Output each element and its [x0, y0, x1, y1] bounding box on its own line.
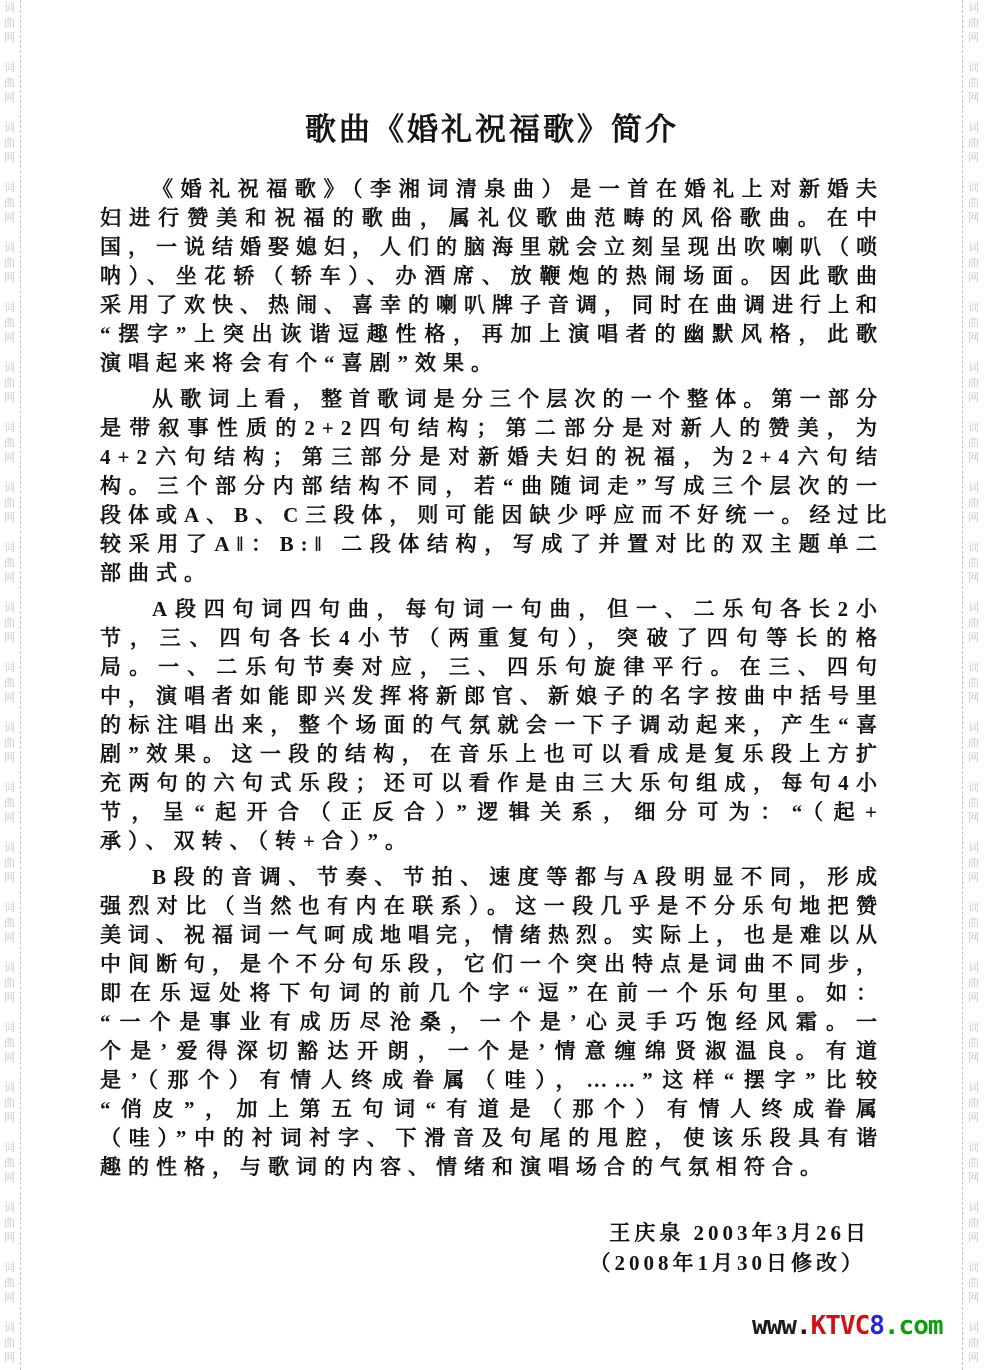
watermark-group: 词曲网 — [2, 1202, 17, 1247]
watermark-char: 曲 — [2, 737, 17, 752]
watermark-group: 词曲网 — [2, 2, 17, 47]
watermark-char: 词 — [966, 2, 981, 17]
watermark-char: 词 — [966, 1202, 981, 1217]
watermark-char: 曲 — [966, 917, 981, 932]
watermark-char: 网 — [966, 32, 981, 47]
text-line: 局。一、二乐句节奏对应，三、四乐句旋律平行。在三、四句 — [100, 653, 884, 682]
watermark-group: 词曲网 — [2, 482, 17, 527]
watermark-char: 词 — [2, 602, 17, 617]
text-line: 中，演唱者如能即兴发挥将新郎官、新娘子的名字按曲中括号里 — [100, 682, 884, 711]
watermark-group: 词曲网 — [966, 602, 981, 647]
watermark-char: 网 — [2, 1352, 17, 1367]
watermark-char: 曲 — [966, 497, 981, 512]
watermark-char: 网 — [2, 1052, 17, 1067]
text-line: 节，呈“起开合（正反合）”逻辑关系，细分可为：“（起+ — [100, 798, 884, 827]
watermark-char: 网 — [966, 1052, 981, 1067]
text-line: 个是’爱得深切豁达开朗，一个是’情意缠绵贤淑温良。有道 — [100, 1037, 884, 1066]
watermark-char: 曲 — [2, 1097, 17, 1112]
watermark-char: 曲 — [966, 77, 981, 92]
watermark-char: 网 — [966, 452, 981, 467]
watermark-char: 网 — [966, 932, 981, 947]
watermark-group: 词曲网 — [966, 842, 981, 887]
watermark-group: 词曲网 — [966, 1022, 981, 1067]
watermark-group: 词曲网 — [2, 1322, 17, 1367]
text-line: A段四句词四句曲，每句词一句曲，但一、二乐句各长2小 — [100, 595, 884, 624]
watermark-char: 网 — [966, 152, 981, 167]
text-line: 妇进行赞美和祝福的歌曲，属礼仪歌曲范畴的风俗歌曲。在中 — [100, 204, 884, 233]
watermark-char: 网 — [2, 1292, 17, 1307]
watermark-group: 词曲网 — [966, 422, 981, 467]
watermark-char: 曲 — [966, 377, 981, 392]
watermark-group: 词曲网 — [966, 722, 981, 767]
watermark-char: 网 — [2, 572, 17, 587]
watermark-char: 网 — [966, 632, 981, 647]
watermark-char: 词 — [2, 1022, 17, 1037]
watermark-char: 曲 — [966, 17, 981, 32]
watermark-char: 词 — [2, 2, 17, 17]
watermark-char: 词 — [966, 482, 981, 497]
text-line: 节，三、四句各长4小节（两重复句），突破了四句等长的格 — [100, 624, 884, 653]
watermark-group: 词曲网 — [2, 182, 17, 227]
page-title: 歌曲《婚礼祝福歌》简介 — [100, 104, 884, 149]
watermark-char: 词 — [2, 782, 17, 797]
watermark-group: 词曲网 — [2, 902, 17, 947]
text-line: 呐）、坐花轿（轿车）、办酒席、放鞭炮的热闹场面。因此歌曲 — [100, 262, 884, 291]
watermark-char: 曲 — [966, 437, 981, 452]
watermark-char: 网 — [2, 692, 17, 707]
watermark-char: 网 — [966, 392, 981, 407]
watermark-char: 曲 — [2, 977, 17, 992]
watermark-char: 词 — [2, 122, 17, 137]
watermark-char: 词 — [966, 1262, 981, 1277]
text-line: “俏皮”，加上第五句词“有道是（那个）有情人终成眷属 — [100, 1095, 884, 1124]
watermark-char: 网 — [2, 932, 17, 947]
watermark-char: 曲 — [2, 197, 17, 212]
watermark-char: 曲 — [2, 1337, 17, 1352]
watermark-char: 词 — [966, 62, 981, 77]
watermark-char: 词 — [966, 722, 981, 737]
paragraph: 从歌词上看，整首歌词是分三个层次的一个整体。第一部分是带叙事性质的2+2四句结构… — [100, 385, 884, 588]
watermark-group: 词曲网 — [966, 302, 981, 347]
watermark-char: 网 — [966, 1232, 981, 1247]
watermark-char: 词 — [966, 1322, 981, 1337]
watermark-char: 曲 — [966, 557, 981, 572]
text-line: 部曲式。 — [100, 559, 884, 588]
watermark-char: 曲 — [966, 617, 981, 632]
text-line: 构。三个部分内部结构不同，若“曲随词走”写成三个层次的一 — [100, 472, 884, 501]
watermark-char: 网 — [966, 572, 981, 587]
watermark-char: 词 — [2, 542, 17, 557]
watermark-group: 词曲网 — [2, 842, 17, 887]
watermark-char: 词 — [2, 1262, 17, 1277]
watermark-char: 词 — [2, 62, 17, 77]
watermark-group: 词曲网 — [966, 2, 981, 47]
watermark-char: 网 — [966, 332, 981, 347]
text-line: 的标注唱出来，整个场面的气氛就会一下子调动起来，产生“喜 — [100, 711, 884, 740]
watermark-char: 曲 — [966, 857, 981, 872]
text-line: 从歌词上看，整首歌词是分三个层次的一个整体。第一部分 — [100, 385, 884, 414]
text-line: 承）、双转、（转+合）”。 — [100, 827, 884, 856]
text-line: （哇）”中的衬词衬字、下滑音及句尾的甩腔，使该乐段具有谐 — [100, 1124, 884, 1153]
text-line: 是’（那个）有情人终成眷属（哇），……”这样“摆字”比较 — [100, 1066, 884, 1095]
text-line: 中间断句，是个不分句乐段，它们一个突出特点是词曲不同步， — [100, 950, 884, 979]
watermark-char: 词 — [966, 422, 981, 437]
watermark-group: 词曲网 — [966, 482, 981, 527]
watermark-char: 网 — [966, 512, 981, 527]
watermark-char: 网 — [2, 152, 17, 167]
watermark-char: 网 — [2, 332, 17, 347]
watermark-char: 网 — [966, 1352, 981, 1367]
watermark-group: 词曲网 — [966, 62, 981, 107]
watermark-char: 词 — [2, 362, 17, 377]
watermark-group: 词曲网 — [966, 362, 981, 407]
watermark-group: 词曲网 — [2, 1022, 17, 1067]
watermark-char: 曲 — [966, 977, 981, 992]
watermark-char: 网 — [2, 1112, 17, 1127]
watermark-char: 网 — [2, 632, 17, 647]
watermark-char: 网 — [966, 1172, 981, 1187]
watermark-group: 词曲网 — [2, 242, 17, 287]
watermark-char: 曲 — [966, 317, 981, 332]
watermark-char: 曲 — [2, 1217, 17, 1232]
watermark-char: 网 — [2, 212, 17, 227]
document: 歌曲《婚礼祝福歌》简介 《婚礼祝福歌》（李湘词清泉曲）是一首在婚礼上对新婚夫妇进… — [100, 104, 884, 1278]
watermark-group: 词曲网 — [966, 122, 981, 167]
watermark-group: 词曲网 — [2, 722, 17, 767]
watermark-char: 词 — [2, 1142, 17, 1157]
watermark-char: 曲 — [2, 377, 17, 392]
watermark-char: 网 — [966, 812, 981, 827]
watermark-group: 词曲网 — [966, 1202, 981, 1247]
logo-segment: 8 — [869, 1311, 884, 1341]
watermark-group: 词曲网 — [966, 662, 981, 707]
watermark-char: 词 — [2, 1082, 17, 1097]
signature-block: 王庆泉 2003年3月26日 （2008年1月30日修改） — [100, 1218, 884, 1278]
watermark-char: 曲 — [966, 197, 981, 212]
watermark-group: 词曲网 — [966, 902, 981, 947]
watermark-char: 网 — [2, 272, 17, 287]
watermark-group: 词曲网 — [2, 602, 17, 647]
watermark-char: 曲 — [966, 137, 981, 152]
left-dashed-divider — [20, 0, 21, 1370]
watermark-char: 词 — [2, 902, 17, 917]
watermark-char: 曲 — [2, 317, 17, 332]
text-line: 美词、祝福词一气呵成地唱完，情绪热烈。实际上，也是难以从 — [100, 921, 884, 950]
watermark-char: 网 — [966, 272, 981, 287]
watermark-char: 网 — [2, 872, 17, 887]
text-line: B段的音调、节奏、节拍、速度等都与A段明显不同，形成 — [100, 863, 884, 892]
watermark-group: 词曲网 — [966, 542, 981, 587]
watermark-char: 词 — [966, 362, 981, 377]
watermark-char: 词 — [2, 482, 17, 497]
watermark-char: 曲 — [2, 857, 17, 872]
watermark-char: 曲 — [966, 797, 981, 812]
watermark-char: 网 — [966, 872, 981, 887]
watermark-group: 词曲网 — [2, 122, 17, 167]
watermark-group: 词曲网 — [2, 662, 17, 707]
watermark-char: 网 — [966, 1292, 981, 1307]
watermark-char: 曲 — [966, 1217, 981, 1232]
text-line: 剧”效果。这一段的结构，在音乐上也可以看成是复乐段上方扩 — [100, 740, 884, 769]
text-line: 演唱起来将会有个“喜剧”效果。 — [100, 349, 884, 378]
text-line: 段体或A、B、C三段体，则可能因缺少呼应而不好统一。经过比 — [100, 501, 884, 530]
watermark-char: 网 — [2, 512, 17, 527]
watermark-char: 曲 — [2, 17, 17, 32]
signature-revision-date: （2008年1月30日修改） — [100, 1248, 870, 1278]
text-line: 充两句的六句式乐段；还可以看作是由三大乐句组成，每句4小 — [100, 769, 884, 798]
watermark-char: 曲 — [2, 917, 17, 932]
watermark-group: 词曲网 — [966, 1322, 981, 1367]
watermark-char: 词 — [2, 302, 17, 317]
watermark-char: 网 — [966, 92, 981, 107]
watermark-char: 曲 — [2, 557, 17, 572]
watermark-char: 词 — [2, 842, 17, 857]
watermark-group: 词曲网 — [966, 782, 981, 827]
watermark-group: 词曲网 — [2, 1142, 17, 1187]
paragraph: 《婚礼祝福歌》（李湘词清泉曲）是一首在婚礼上对新婚夫妇进行赞美和祝福的歌曲，属礼… — [100, 175, 884, 378]
text-line: 采用了欢快、热闹、喜幸的喇叭牌子音调，同时在曲调进行上和 — [100, 291, 884, 320]
text-line: 4+2六句结构；第三部分是对新婚夫妇的祝福，为2+4六句结 — [100, 443, 884, 472]
watermark-char: 网 — [2, 32, 17, 47]
watermark-char: 词 — [2, 422, 17, 437]
paragraph: B段的音调、节奏、节拍、速度等都与A段明显不同，形成强烈对比（当然也有内在联系）… — [100, 863, 884, 1182]
watermark-char: 词 — [2, 962, 17, 977]
watermark-char: 词 — [966, 1082, 981, 1097]
text-line: “一个是事业有成历尽沧桑，一个是’心灵手巧饱经风霜。一 — [100, 1008, 884, 1037]
text-line: 是带叙事性质的2+2四句结构；第二部分是对新人的赞美，为 — [100, 414, 884, 443]
watermark-char: 网 — [2, 812, 17, 827]
signature-author-date: 王庆泉 2003年3月26日 — [100, 1218, 870, 1248]
watermark-char: 曲 — [966, 677, 981, 692]
watermark-char: 曲 — [2, 1157, 17, 1172]
watermark-group: 词曲网 — [2, 1262, 17, 1307]
watermark-group: 词曲网 — [966, 1142, 981, 1187]
logo-segment: KTVC — [811, 1311, 870, 1341]
watermark-char: 网 — [2, 1172, 17, 1187]
watermark-char: 网 — [2, 392, 17, 407]
watermark-char: 词 — [2, 722, 17, 737]
watermark-group: 词曲网 — [2, 302, 17, 347]
watermark-char: 曲 — [2, 137, 17, 152]
watermark-char: 词 — [2, 1202, 17, 1217]
watermark-char: 网 — [966, 212, 981, 227]
watermark-char: 曲 — [2, 437, 17, 452]
watermark-group: 词曲网 — [2, 782, 17, 827]
watermark-char: 词 — [966, 662, 981, 677]
watermark-char: 词 — [966, 842, 981, 857]
watermark-char: 词 — [966, 1142, 981, 1157]
watermark-char: 曲 — [2, 1277, 17, 1292]
watermark-group: 词曲网 — [2, 62, 17, 107]
watermark-char: 曲 — [2, 797, 17, 812]
text-line: 趣的性格，与歌词的内容、情绪和演唱场合的气氛相符合。 — [100, 1153, 884, 1182]
watermark-char: 曲 — [2, 617, 17, 632]
watermark-char: 曲 — [966, 1157, 981, 1172]
ktvc8-logo: www.KTVC8.com — [752, 1314, 943, 1338]
watermark-char: 网 — [966, 692, 981, 707]
watermark-char: 词 — [966, 542, 981, 557]
watermark-char: 词 — [2, 1322, 17, 1337]
watermark-char: 曲 — [966, 1337, 981, 1352]
watermark-char: 网 — [966, 1112, 981, 1127]
watermark-char: 网 — [2, 1232, 17, 1247]
watermark-char: 词 — [966, 302, 981, 317]
watermark-char: 曲 — [2, 677, 17, 692]
watermark-group: 词曲网 — [2, 422, 17, 467]
text-line: 强烈对比（当然也有内在联系）。这一段几乎是不分乐句地把赞 — [100, 892, 884, 921]
watermark-char: 曲 — [2, 1037, 17, 1052]
text-line: 较采用了A‖：B:‖ 二段体结构，写成了并置对比的双主题单二 — [100, 530, 884, 559]
text-line: 即在乐逗处将下句词的前几个字“逗”在前一个乐句里。如： — [100, 979, 884, 1008]
watermark-group: 词曲网 — [2, 962, 17, 1007]
document-body: 《婚礼祝福歌》（李湘词清泉曲）是一首在婚礼上对新婚夫妇进行赞美和祝福的歌曲，属礼… — [100, 175, 884, 1182]
paragraph: A段四句词四句曲，每句词一句曲，但一、二乐句各长2小节，三、四句各长4小节（两重… — [100, 595, 884, 856]
right-watermark-column: 词曲网词曲网词曲网词曲网词曲网词曲网词曲网词曲网词曲网词曲网词曲网词曲网词曲网词… — [966, 2, 981, 1370]
watermark-group: 词曲网 — [966, 1082, 981, 1127]
watermark-char: 词 — [966, 1022, 981, 1037]
watermark-char: 曲 — [966, 737, 981, 752]
watermark-char: 曲 — [2, 257, 17, 272]
watermark-char: 网 — [966, 752, 981, 767]
logo-segment: www. — [752, 1311, 811, 1341]
watermark-char: 词 — [966, 962, 981, 977]
text-line: 国，一说结婚娶媳妇，人们的脑海里就会立刻呈现出吹喇叭（唢 — [100, 233, 884, 262]
watermark-char: 曲 — [966, 1097, 981, 1112]
watermark-char: 网 — [2, 92, 17, 107]
watermark-char: 网 — [2, 752, 17, 767]
text-line: “摆字”上突出诙谐逗趣性格，再加上演唱者的幽默风格，此歌 — [100, 320, 884, 349]
watermark-group: 词曲网 — [2, 1082, 17, 1127]
watermark-char: 网 — [2, 452, 17, 467]
watermark-group: 词曲网 — [966, 1262, 981, 1307]
watermark-char: 曲 — [966, 1277, 981, 1292]
watermark-char: 词 — [966, 182, 981, 197]
watermark-char: 词 — [966, 782, 981, 797]
watermark-group: 词曲网 — [2, 362, 17, 407]
watermark-char: 网 — [2, 992, 17, 1007]
right-dashed-divider — [962, 0, 963, 1370]
watermark-group: 词曲网 — [966, 182, 981, 227]
watermark-char: 词 — [966, 242, 981, 257]
logo-segment: .com — [884, 1311, 943, 1341]
text-line: 《婚礼祝福歌》（李湘词清泉曲）是一首在婚礼上对新婚夫 — [100, 175, 884, 204]
watermark-char: 曲 — [2, 497, 17, 512]
watermark-group: 词曲网 — [2, 542, 17, 587]
watermark-char: 词 — [966, 902, 981, 917]
watermark-char: 网 — [966, 992, 981, 1007]
watermark-group: 词曲网 — [966, 962, 981, 1007]
watermark-char: 词 — [966, 122, 981, 137]
watermark-char: 词 — [966, 602, 981, 617]
document-page: 词曲网词曲网词曲网词曲网词曲网词曲网词曲网词曲网词曲网词曲网词曲网词曲网词曲网词… — [0, 0, 985, 1370]
watermark-char: 词 — [2, 242, 17, 257]
watermark-char: 曲 — [966, 257, 981, 272]
watermark-char: 词 — [2, 182, 17, 197]
watermark-group: 词曲网 — [966, 242, 981, 287]
left-watermark-column: 词曲网词曲网词曲网词曲网词曲网词曲网词曲网词曲网词曲网词曲网词曲网词曲网词曲网词… — [2, 2, 17, 1370]
watermark-char: 词 — [2, 662, 17, 677]
watermark-char: 曲 — [2, 77, 17, 92]
watermark-char: 曲 — [966, 1037, 981, 1052]
